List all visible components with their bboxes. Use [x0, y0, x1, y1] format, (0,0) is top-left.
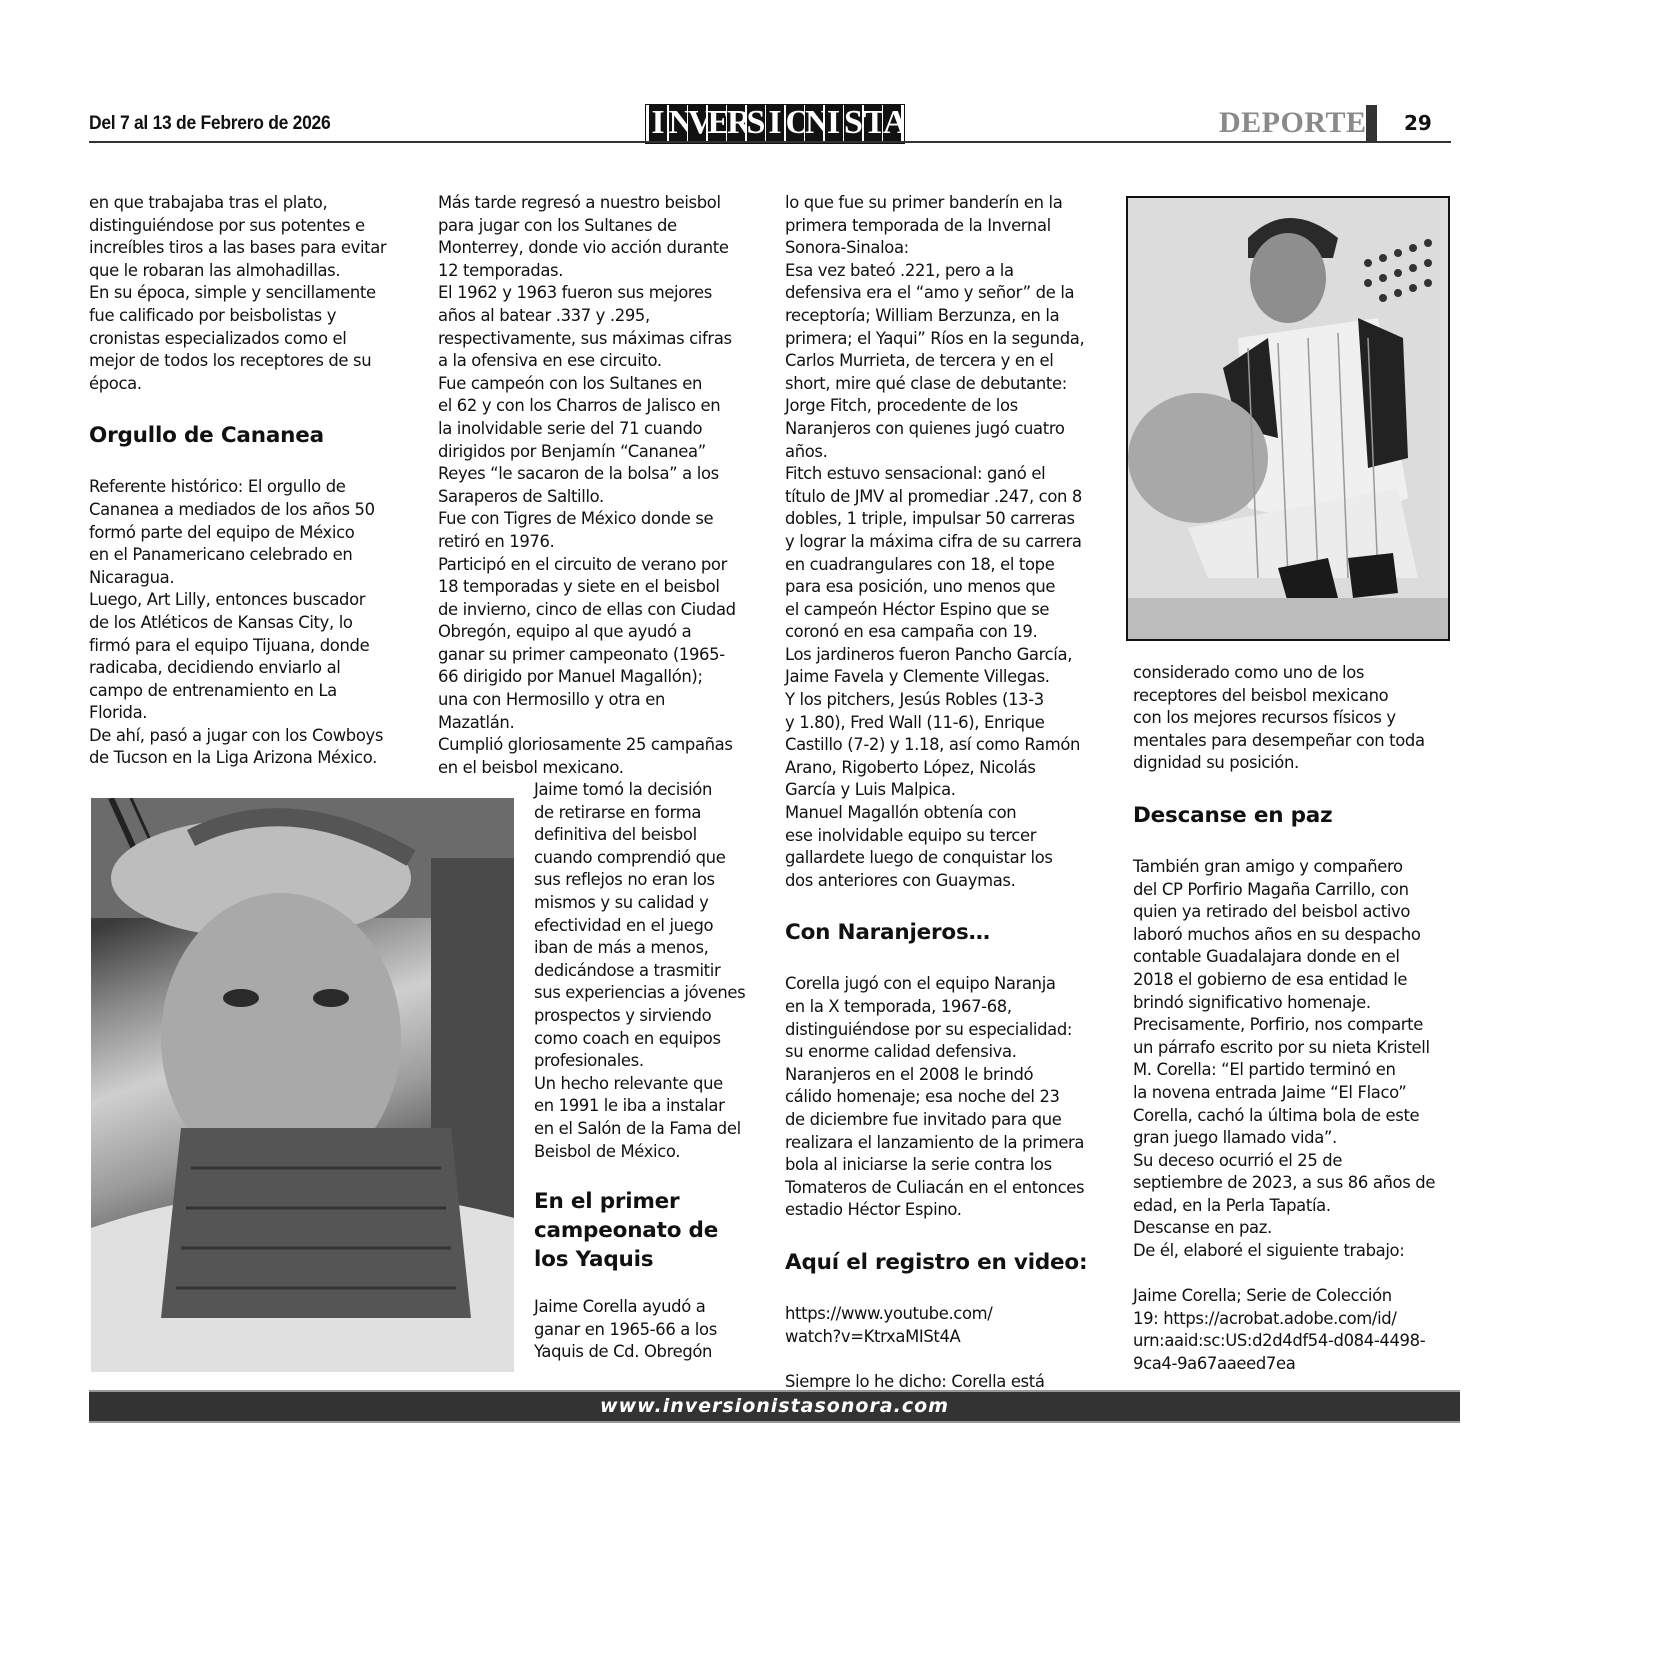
- footer-bar: www.inversionistasonora.com: [89, 1390, 1460, 1423]
- masthead-letter: N: [805, 105, 823, 143]
- subheading-descanse-en-paz: Descanse en paz: [1133, 801, 1463, 830]
- collection-link[interactable]: Jaime Corella; Serie de Colección 19: ht…: [1133, 1285, 1463, 1375]
- header-rule: [89, 141, 1451, 143]
- section-divider-bar: [1366, 105, 1377, 143]
- page-number: 29: [1404, 111, 1432, 135]
- masthead-letter: I: [766, 105, 784, 143]
- masthead-letter: A: [883, 105, 901, 143]
- column-2: Más tarde regresó a nuestro beisbol para…: [438, 192, 773, 779]
- paragraph: considerado como uno de los receptores d…: [1133, 662, 1463, 775]
- masthead-letter: O: [786, 105, 804, 143]
- column-2-continued: Jaime tomó la decisión de retirarse en f…: [534, 779, 774, 1364]
- subheading-con-naranjeros: Con Naranjeros…: [785, 918, 1120, 947]
- masthead-letter: V: [688, 105, 706, 143]
- issue-date: Del 7 al 13 de Febrero de 2026: [89, 113, 330, 135]
- paragraph: Jaime tomó la decisión de retirarse en f…: [534, 779, 774, 1163]
- paragraph: Referente histórico: El orgullo de Canan…: [89, 476, 424, 770]
- masthead-logo: INVERSIONISTA: [645, 104, 905, 144]
- photo-catcher-with-mask: [91, 798, 514, 1372]
- paragraph: en que trabajaba tras el plato, distingu…: [89, 192, 424, 395]
- column-1: en que trabajaba tras el plato, distingu…: [89, 192, 424, 770]
- column-3: lo que fue su primer banderín en la prim…: [785, 192, 1120, 1393]
- masthead-letter: I: [825, 105, 843, 143]
- catcher-portrait-image: [91, 798, 514, 1372]
- masthead-letter: S: [844, 105, 862, 143]
- paragraph: Corella jugó con el equipo Naranja en la…: [785, 973, 1120, 1222]
- masthead-letter: N: [669, 105, 687, 143]
- subheading-registro-en-video: Aquí el registro en video:: [785, 1248, 1120, 1277]
- column-4: considerado como uno de los receptores d…: [1133, 662, 1463, 1376]
- video-link[interactable]: https://www.youtube.com/ watch?v=KtrxaMI…: [785, 1303, 1120, 1348]
- paragraph: lo que fue su primer banderín en la prim…: [785, 192, 1120, 892]
- masthead-letter: T: [864, 105, 882, 143]
- masthead-letter: I: [649, 105, 667, 143]
- masthead-letter: S: [747, 105, 765, 143]
- masthead-letter: R: [727, 105, 745, 143]
- paragraph: Jaime Corella ayudó a ganar en 1965-66 a…: [534, 1296, 774, 1364]
- section-title: DEPORTE: [1219, 106, 1366, 140]
- catcher-crouching-image: [1128, 198, 1448, 639]
- paragraph: Más tarde regresó a nuestro beisbol para…: [438, 192, 773, 779]
- footer-website-link[interactable]: www.inversionistasonora.com: [600, 1395, 949, 1417]
- paragraph: También gran amigo y compañero del CP Po…: [1133, 856, 1463, 1263]
- subheading-en-el-primer-campeonato: En el primer campeonato de los Yaquis: [534, 1187, 774, 1274]
- subheading-orgullo-de-cananea: Orgullo de Cananea: [89, 421, 424, 450]
- masthead-letter: E: [708, 105, 726, 143]
- photo-catcher-crouching: [1126, 196, 1450, 641]
